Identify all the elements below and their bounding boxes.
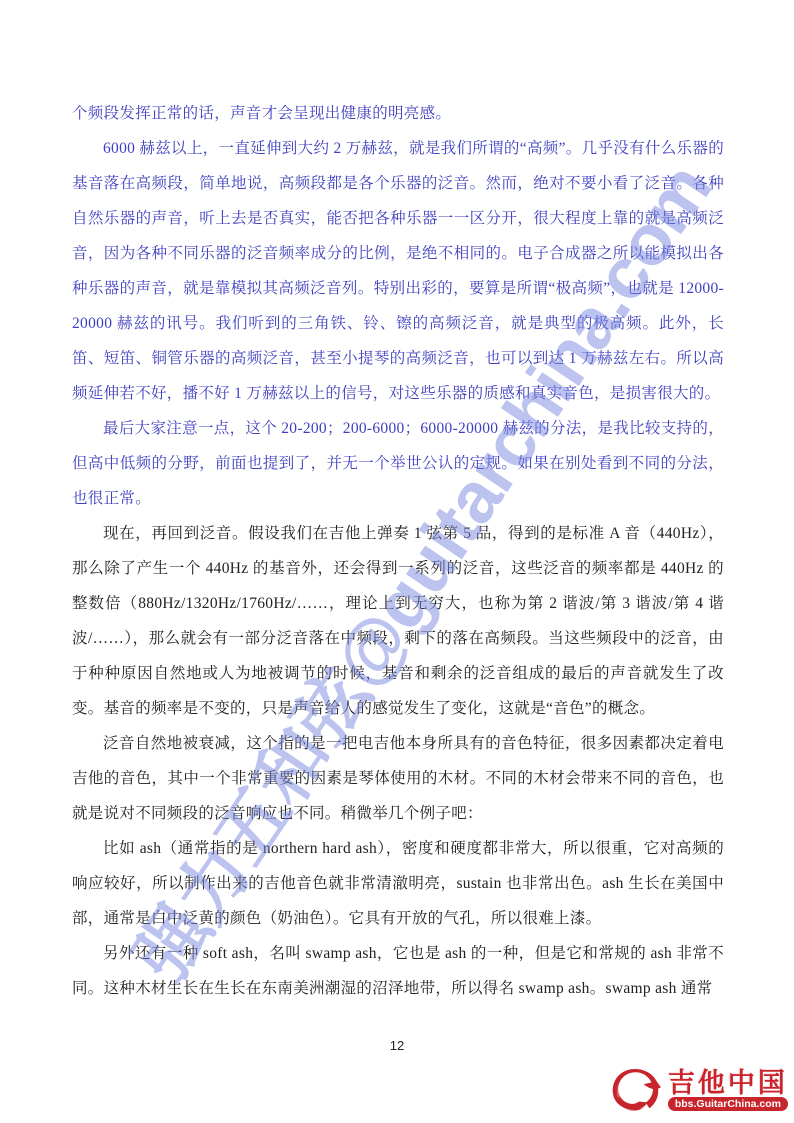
dragon-icon <box>610 1066 664 1114</box>
paragraph: 6000 赫兹以上，一直延伸到大约 2 万赫兹，就是我们所谓的“高频”。几乎没有… <box>72 131 724 411</box>
logo-subtitle: bbs.GuitarChina.com <box>668 1097 788 1111</box>
page-number: 12 <box>0 1038 794 1053</box>
document-text: 个频段发挥正常的话，声音才会呈现出健康的明亮感。6000 赫兹以上，一直延伸到大… <box>72 96 724 1006</box>
paragraph: 比如 ash（通常指的是 northern hard ash），密度和硬度都非常… <box>72 831 724 936</box>
paragraph: 最后大家注意一点，这个 20-200；200-6000；6000-20000 赫… <box>72 411 724 516</box>
guitarchina-logo: 吉他中国 bbs.GuitarChina.com <box>610 1066 788 1114</box>
paragraph: 泛音自然地被衰减，这个指的是一把电吉他本身所具有的音色特征，很多因素都决定着电吉… <box>72 726 724 831</box>
paragraph: 个频段发挥正常的话，声音才会呈现出健康的明亮感。 <box>72 96 724 131</box>
document-page: 强力五和弦@guitarchina.com 个频段发挥正常的话，声音才会呈现出健… <box>0 0 794 1123</box>
logo-title: 吉他中国 <box>668 1069 788 1097</box>
paragraph: 另外还有一种 soft ash，名叫 swamp ash，它也是 ash 的一种… <box>72 936 724 1006</box>
paragraph: 现在，再回到泛音。假设我们在吉他上弹奏 1 弦第 5 品，得到的是标准 A 音（… <box>72 516 724 726</box>
